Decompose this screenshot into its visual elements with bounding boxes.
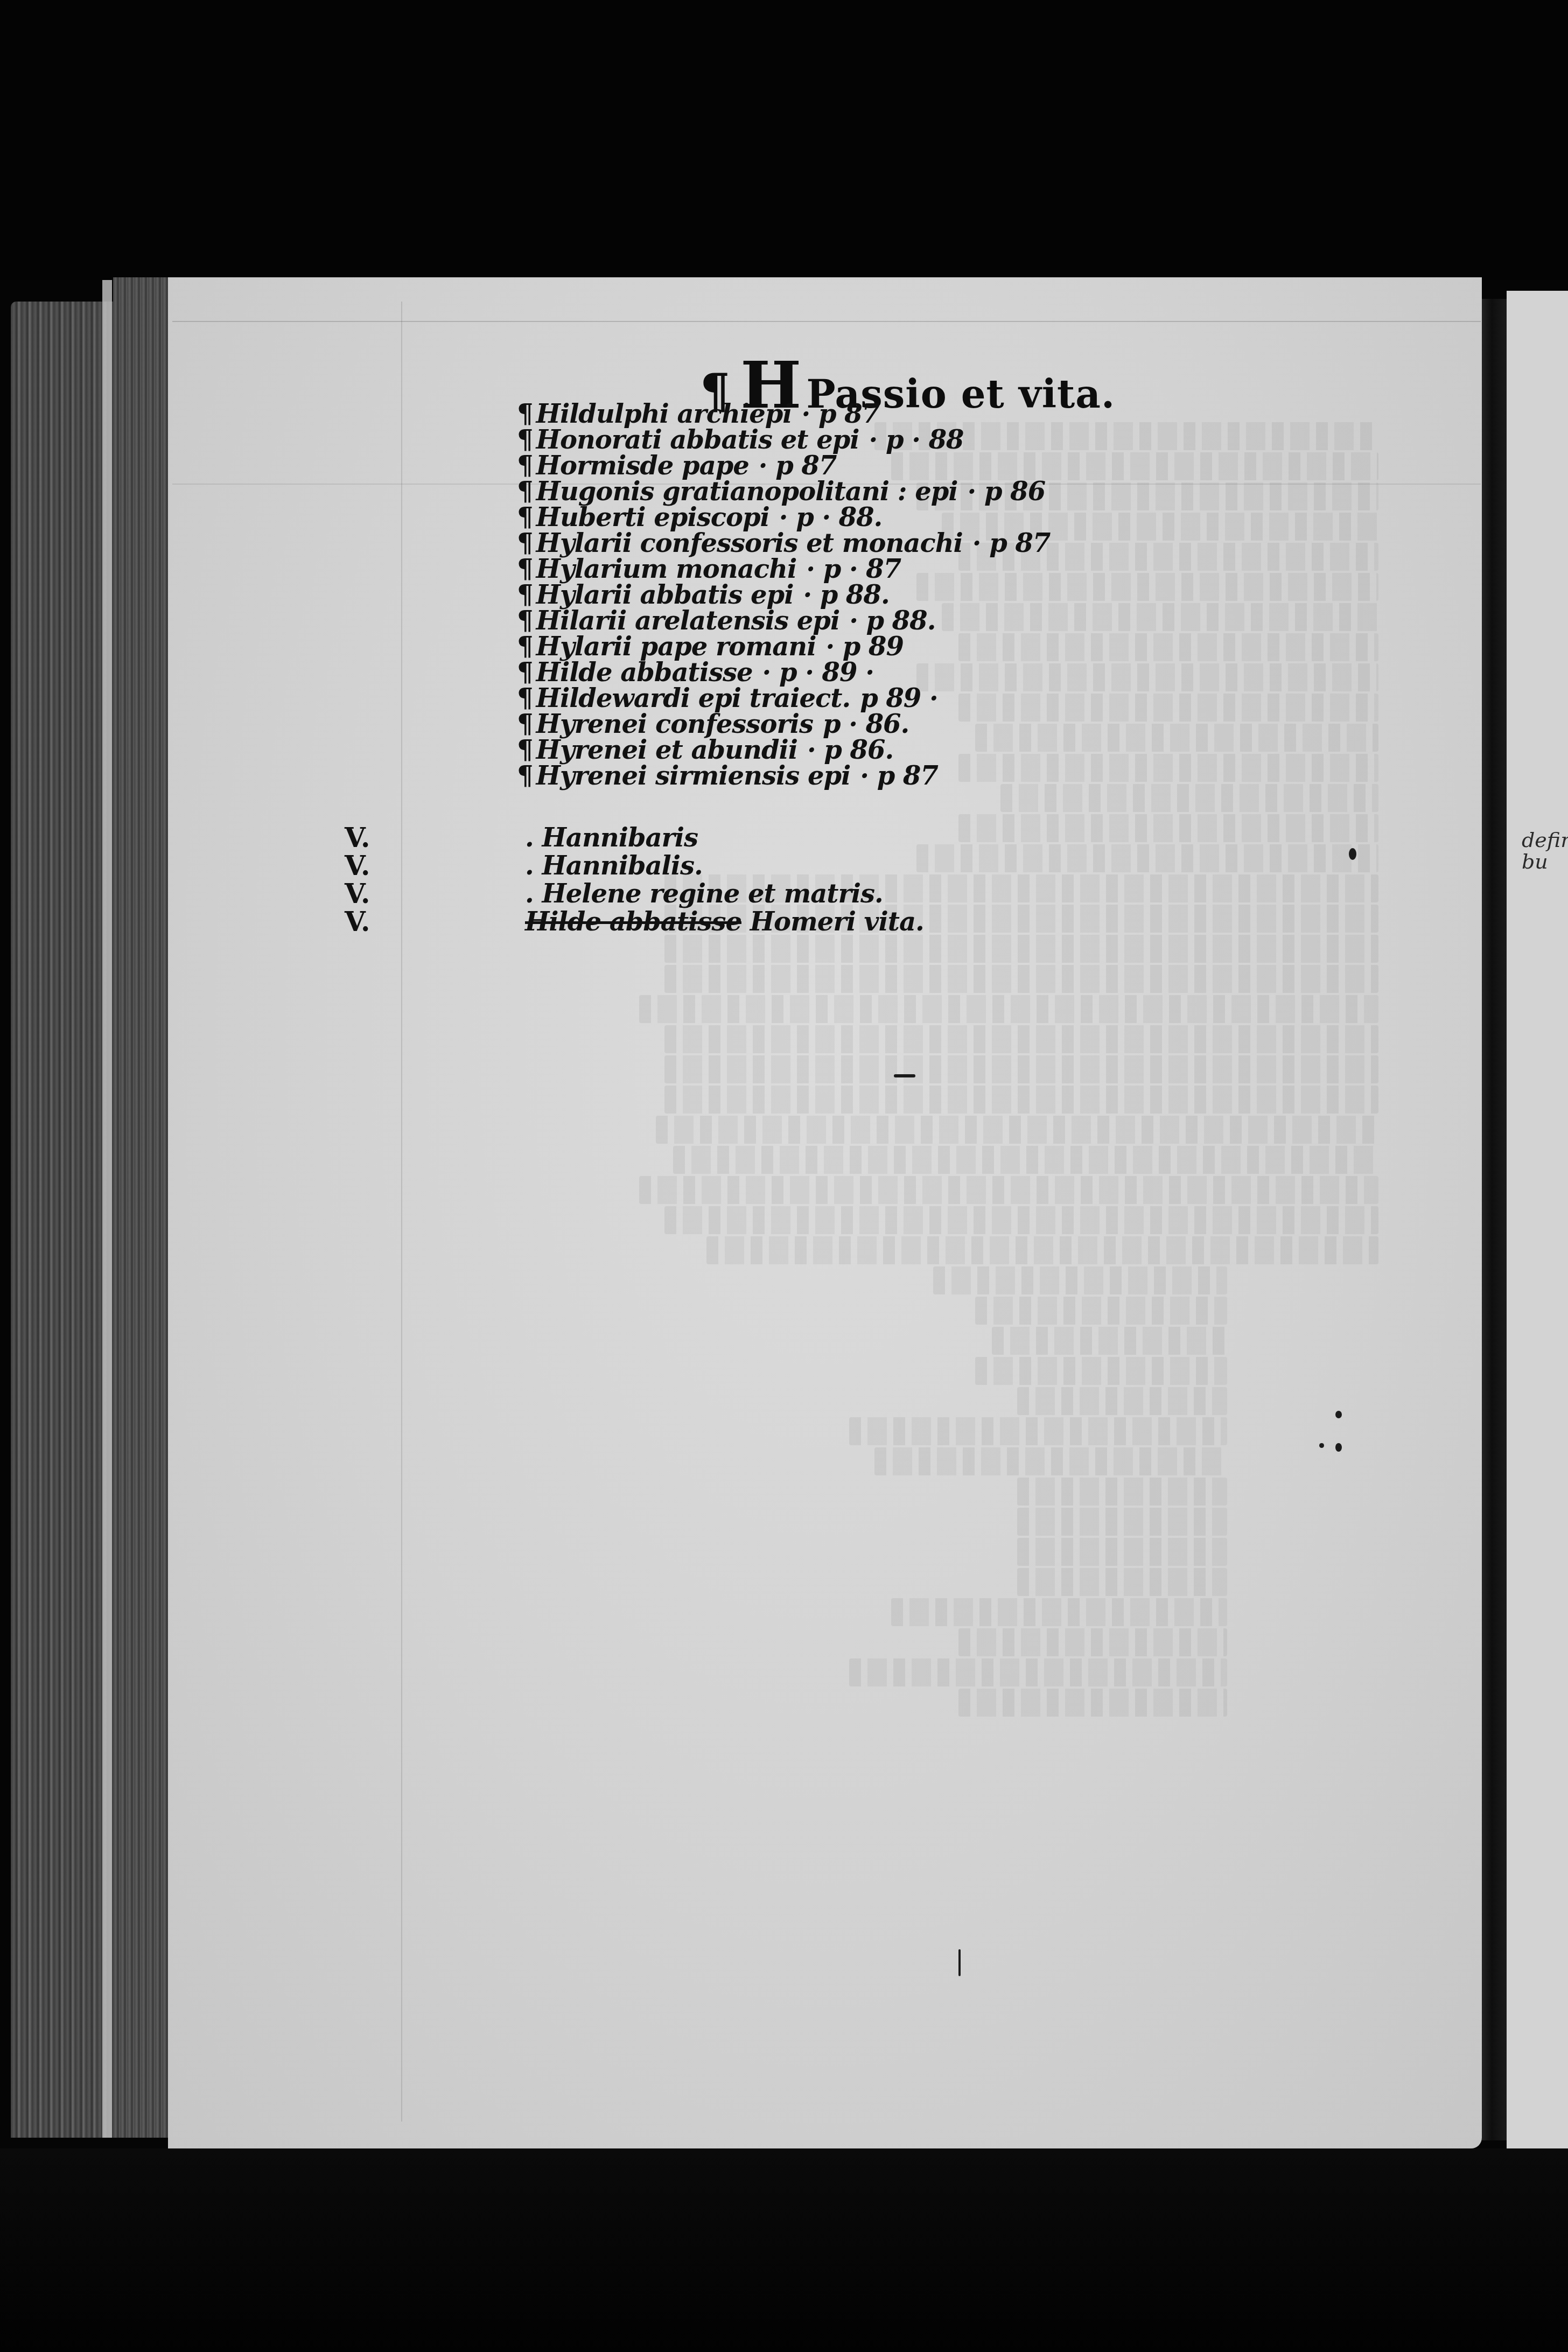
ink-speck: [1349, 848, 1356, 860]
added-entry: . Hannibaris: [525, 824, 924, 852]
index-entry: ¶Hyrenei sirmiensis epi· p 87: [517, 763, 1050, 789]
margin-annotations: V. V. V. V.: [345, 824, 370, 936]
ink-speck: [958, 1949, 961, 1976]
photo-background-bottom: [0, 2148, 1568, 2352]
index-entry: ¶Hormisde pape· p 87: [517, 453, 1050, 479]
margin-mark: V.: [345, 824, 370, 852]
added-entry: . Hannibalis.: [525, 852, 924, 880]
page-ruling-vertical: [401, 302, 402, 2122]
index-entry: ¶Hugonis gratianopolitani : epi· p 86: [517, 479, 1050, 505]
index-entry: ¶Honorati abbatis et epi· p · 88: [517, 427, 1050, 453]
ink-speck: [1319, 1443, 1324, 1448]
index-entry: ¶Hilarii arelatensis epi· p 88.: [517, 608, 1050, 634]
index-entry: ¶Hyrenei et abundii· p 86.: [517, 737, 1050, 763]
facing-page-edge: [1507, 291, 1568, 2154]
page-reference: · p · 88: [869, 425, 964, 455]
index-entry: ¶Hylarium monachi· p · 87: [517, 556, 1050, 582]
photo-background-top: [0, 0, 1568, 280]
index-entry: ¶Hylarii abbatis epi· p 88.: [517, 582, 1050, 608]
struck-text: Hilde abbatisse: [525, 907, 741, 937]
margin-mark: V.: [345, 908, 370, 936]
index-entry: ¶Hilde abbatisse· p · 89 ·: [517, 660, 1050, 685]
page-reference: · p 87: [972, 528, 1051, 558]
book-fore-edge-gap: [102, 280, 112, 2138]
margin-mark: V.: [345, 880, 370, 908]
index-entry: ¶Huberti episcopi· p · 88.: [517, 505, 1050, 530]
index-entry: ¶Hylarii confessoris et monachi· p 87: [517, 530, 1050, 556]
ink-speck: [894, 1074, 915, 1077]
index-entry: ¶Hyrenei confessorisp · 86.: [517, 711, 1050, 737]
index-entry: ¶Hildewardi epi traiect.p 89 ·: [517, 685, 1050, 711]
index-entry: ¶Hylarii pape romani· p 89: [517, 634, 1050, 660]
added-entry: . Helene regine et matris.: [525, 880, 924, 908]
index-entries: ¶Hildulphi archiepi· p 87 ¶Honorati abba…: [517, 401, 1050, 789]
ink-speck: [1335, 1443, 1342, 1452]
ink-speck: [1335, 1411, 1342, 1418]
added-entry: Hilde abbatisse Homeri vita.: [525, 908, 924, 936]
book-gutter: [1482, 299, 1507, 2140]
facing-page-note: defin bu: [1522, 829, 1568, 872]
index-entry: ¶Hildulphi archiepi· p 87: [517, 401, 1050, 427]
added-entries: . Hannibaris . Hannibalis. . Helene regi…: [525, 824, 924, 936]
page-reference: · p 86: [968, 477, 1046, 507]
page-ruling-line: [172, 321, 1481, 322]
page-reference: · p 87: [860, 761, 938, 791]
book-fore-edge-inner: [113, 277, 170, 2138]
margin-mark: V.: [345, 852, 370, 880]
